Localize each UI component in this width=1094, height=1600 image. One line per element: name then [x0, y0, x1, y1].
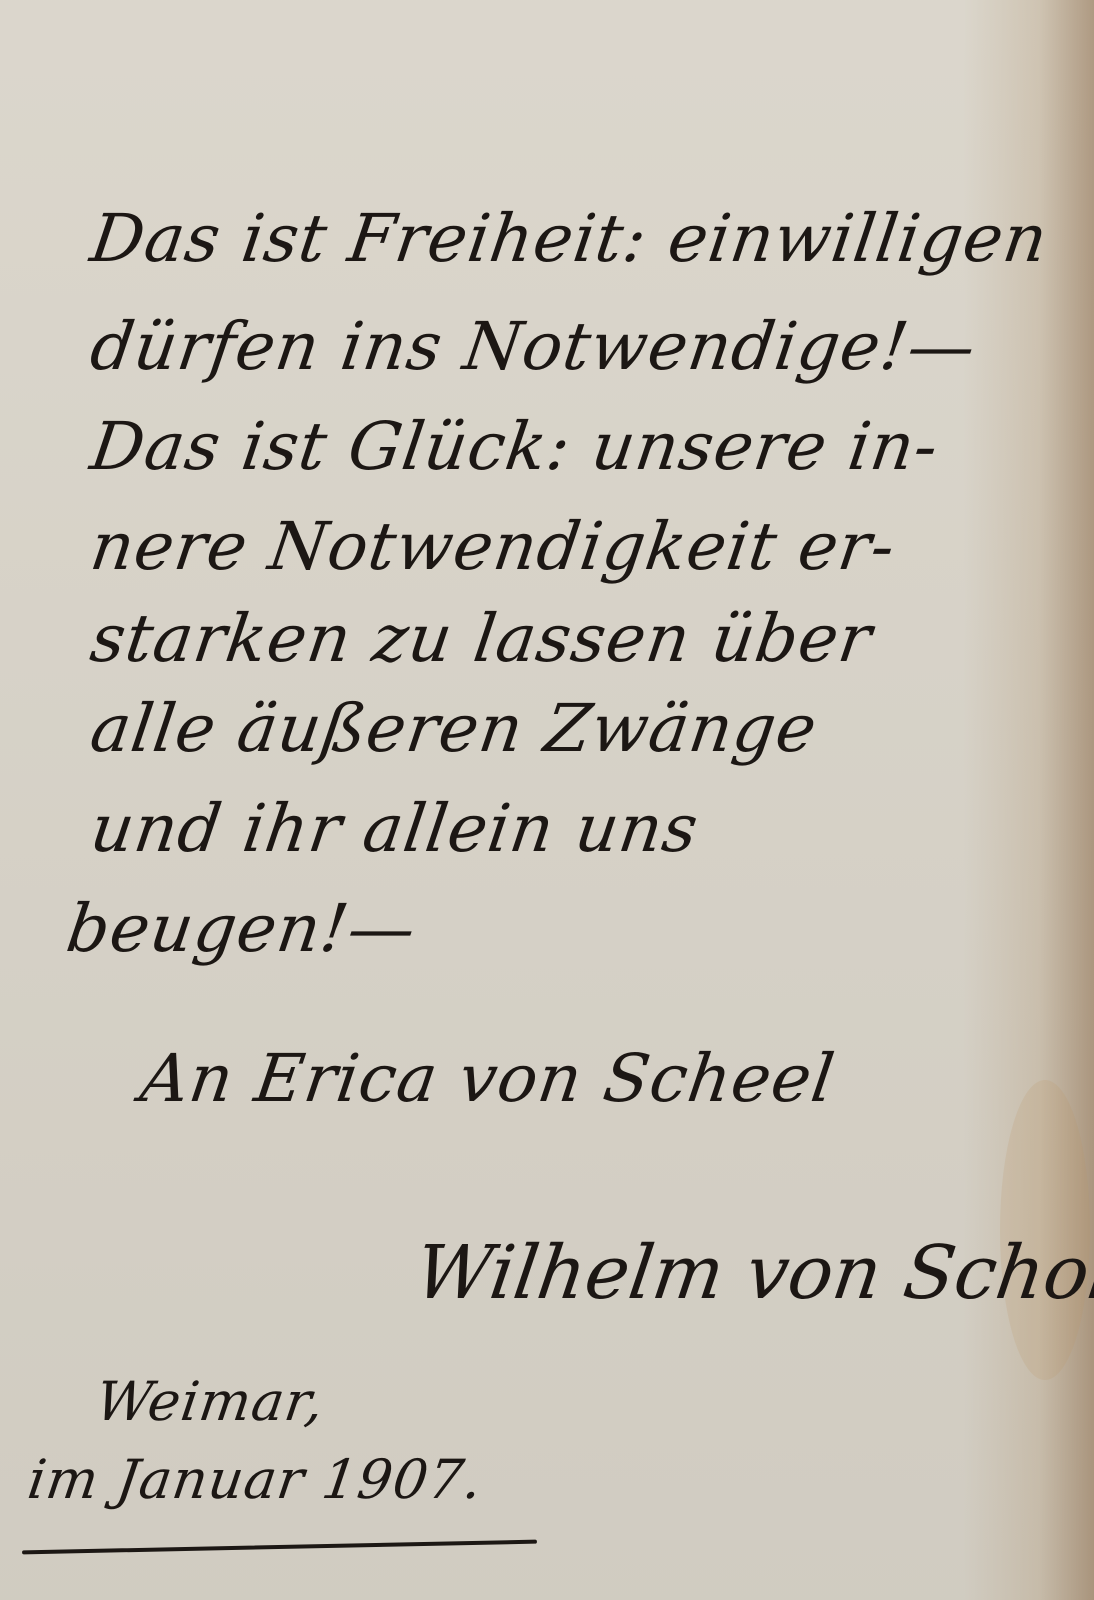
text-line-7: und ihr allein uns [86, 790, 703, 867]
text-line-5: starken zu lassen über [86, 600, 877, 677]
dedication: An Erica von Scheel [136, 1040, 840, 1117]
place: Weimar, [92, 1370, 329, 1433]
date-underline [22, 1540, 537, 1555]
handwritten-page: Das ist Freiheit: einwilligen dürfen ins… [0, 0, 1094, 1600]
date: im Januar 1907. [24, 1448, 487, 1511]
text-line-2: dürfen ins Notwendige!— [86, 308, 981, 385]
text-line-3: Das ist Glück: unsere in- [86, 408, 943, 485]
signature: Wilhelm von Scholz [410, 1230, 1094, 1316]
text-line-4: nere Notwendigkeit er- [86, 508, 900, 585]
text-line-6: alle äußeren Zwänge [86, 690, 822, 767]
text-line-1: Das ist Freiheit: einwilligen [86, 200, 1053, 277]
text-line-8: beugen!— [62, 890, 421, 967]
